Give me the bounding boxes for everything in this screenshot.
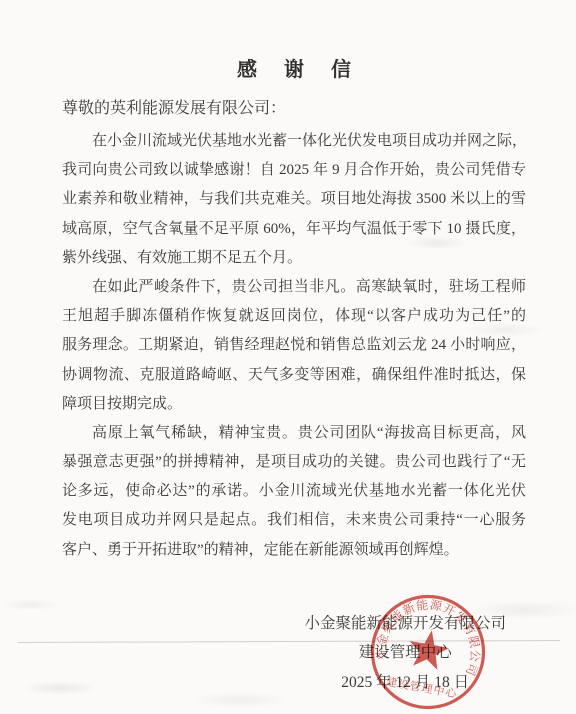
body-line: 在如此严峻条件下，贵公司担当非凡。高寒缺氧时，驻场工程师 [62, 273, 526, 302]
body-line: 客户、勇于开拓进取”的精神，定能在新能源领域再创辉煌。 [62, 536, 526, 565]
letter-body: 在小金川流域光伏基地水光蓄一体化光伏发电项目成功并网之际，我司向贵公司致以诚挚感… [62, 127, 526, 565]
body-line: 紫外线强、有效施工期不足五个月。 [62, 244, 526, 273]
company-seal-stamp: 小金聚能新能源开发有限公司 建设管理中心 [358, 582, 497, 714]
salutation: 尊敬的英利能源发展有限公司： [62, 94, 526, 123]
body-line: 王旭超手脚冻僵稍作恢复就返回岗位，体现“以客户成功为己任”的 [62, 302, 526, 331]
body-line: 发电项目成功并网只是起点。我们相信，未来贵公司秉持“一心服务 [62, 506, 526, 535]
body-line: 服务理念。工期紧迫，销售经理赵悦和销售总监刘云龙 24 小时响应， [62, 331, 526, 360]
body-line: 暴强意志更强”的拼搏精神，是项目成功的关键。贵公司也践行了“无 [62, 448, 526, 477]
letter-title: 感 谢 信 [62, 56, 526, 84]
body-line: 障项目按期完成。 [62, 390, 526, 419]
body-line: 在小金川流域光伏基地水光蓄一体化光伏发电项目成功并网之际， [62, 127, 526, 156]
stamp-star [406, 627, 452, 671]
body-line: 业素养和敬业精神，与我们共克难关。项目地处海拔 3500 米以上的雪 [62, 185, 526, 214]
body-line: 论多远，使命必达”的承诺。小金川流域光伏基地水光蓄一体化光伏 [62, 477, 526, 506]
body-line: 高原上氧气稀缺，精神宝贵。贵公司团队“海拔高目标更高，风 [62, 419, 526, 448]
body-line: 域高原，空气含氧量不足平原 60%，年平均气温低于零下 10 摄氏度， [62, 215, 526, 244]
body-line: 我司向贵公司致以诚挚感谢！自 2025 年 9 月合作开始，贵公司凭借专 [62, 156, 526, 185]
body-line: 协调物流、克服道路崎岖、天气多变等困难，确保组件准时抵达，保 [62, 361, 526, 390]
